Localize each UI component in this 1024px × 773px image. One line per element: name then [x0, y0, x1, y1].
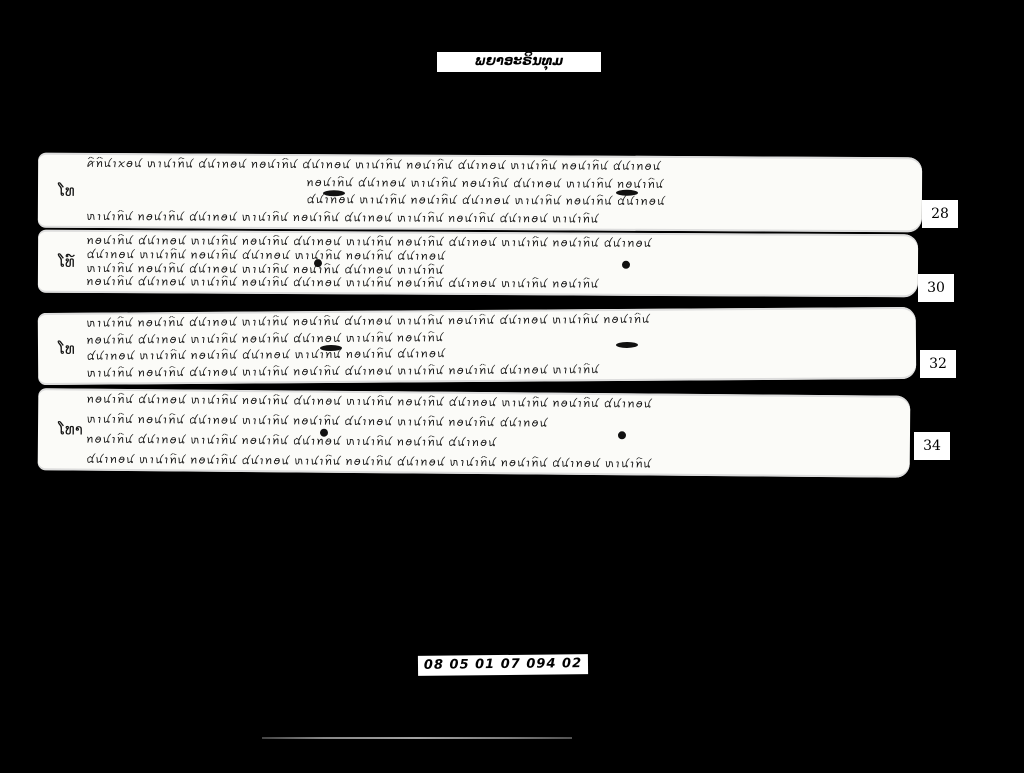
leaf-side-mark: ໂທ໌	[58, 252, 75, 270]
page-number-label: 32	[920, 350, 956, 378]
binding-hole-icon	[323, 190, 345, 196]
title-label: ພຍາອະຣິນທຸມ	[437, 52, 601, 72]
palm-leaf-3: ໂທ ꪬꪱꪙꪱꪀꪲꪙ ꪀꪮꪙꪱꪀꪲꪙ ꪠꪙꪱꪀꪮꪙ ꪬꪱꪙꪱꪀꪲꪙ ꪀꪮꪙꪱꪀꪲ…	[38, 307, 916, 385]
text-line: ꪬꪱꪙꪱꪀꪲꪙ ꪀꪮꪙꪱꪀꪲꪙ ꪠꪙꪱꪀꪮꪙ ꪬꪱꪙꪱꪀꪲꪙ ꪀꪮꪙꪱꪀꪲꪙ ꪠ…	[86, 413, 898, 434]
text-line: ꪠꪙꪱꪀꪮꪙ ꪬꪱꪙꪱꪀꪲꪙ ꪀꪮꪙꪱꪀꪲꪙ ꪠꪙꪱꪀꪮꪙ ꪬꪱꪙꪱꪀꪲꪙ ꪀꪮ…	[86, 192, 910, 210]
leaf-text-block: ꪀꪮꪙꪱꪀꪲꪙ ꪠꪙꪱꪀꪮꪙ ꪬꪱꪙꪱꪀꪲꪙ ꪀꪮꪙꪱꪀꪲꪙ ꪠꪙꪱꪀꪮꪙ ꪬꪱ…	[86, 393, 899, 474]
scan-edge-line	[262, 737, 572, 739]
leaf-side-mark: ໂທ	[58, 340, 75, 358]
binding-hole-icon	[622, 261, 630, 269]
leaf-text-block: ꪁꪲꪀꪲꪙꪱꪎꪮꪙ ꪬꪱꪙꪱꪀꪲꪙ ꪠꪙꪱꪀꪮꪙ ꪀꪮꪙꪱꪀꪲꪙ ꪠꪙꪱꪀꪮꪙ …	[86, 157, 910, 228]
text-line: ꪬꪱꪙꪱꪀꪲꪙ ꪀꪮꪙꪱꪀꪲꪙ ꪠꪙꪱꪀꪮꪙ ꪬꪱꪙꪱꪀꪲꪙ ꪀꪮꪙꪱꪀꪲꪙ ꪠ…	[86, 210, 910, 228]
leaf-side-mark: ໂທ	[58, 181, 75, 199]
palm-leaf-2: ໂທ໌ ꪀꪮꪙꪱꪀꪲꪙ ꪠꪙꪱꪀꪮꪙ ꪬꪱꪙꪱꪀꪲꪙ ꪀꪮꪙꪱꪀꪲꪙ ꪠꪙꪱꪀꪮ…	[38, 230, 918, 298]
binding-hole-icon	[320, 429, 328, 437]
text-line: ꪀꪮꪙꪱꪀꪲꪙ ꪠꪙꪱꪀꪮꪙ ꪬꪱꪙꪱꪀꪲꪙ ꪀꪮꪙꪱꪀꪲꪙ ꪠꪙꪱꪀꪮꪙ ꪬꪱ…	[86, 433, 898, 454]
text-line: ꪁꪲꪀꪲꪙꪱꪎꪮꪙ ꪬꪱꪙꪱꪀꪲꪙ ꪠꪙꪱꪀꪮꪙ ꪀꪮꪙꪱꪀꪲꪙ ꪠꪙꪱꪀꪮꪙ …	[86, 157, 910, 175]
leaf-text-block: ꪬꪱꪙꪱꪀꪲꪙ ꪀꪮꪙꪱꪀꪲꪙ ꪠꪙꪱꪀꪮꪙ ꪬꪱꪙꪱꪀꪲꪙ ꪀꪮꪙꪱꪀꪲꪙ ꪠ…	[86, 311, 904, 381]
text-line: ꪀꪮꪙꪱꪀꪲꪙ ꪠꪙꪱꪀꪮꪙ ꪬꪱꪙꪱꪀꪲꪙ ꪀꪮꪙꪱꪀꪲꪙ ꪠꪙꪱꪀꪮꪙ ꪬꪱ…	[86, 393, 898, 414]
text-line: ꪀꪮꪙꪱꪀꪲꪙ ꪠꪙꪱꪀꪮꪙ ꪬꪱꪙꪱꪀꪲꪙ ꪀꪮꪙꪱꪀꪲꪙ ꪠꪙꪱꪀꪮꪙ ꪬꪱ…	[86, 175, 910, 193]
palm-leaf-1: ໂທ ꪁꪲꪀꪲꪙꪱꪎꪮꪙ ꪬꪱꪙꪱꪀꪲꪙ ꪠꪙꪱꪀꪮꪙ ꪀꪮꪙꪱꪀꪲꪙ ꪠꪙꪱꪀ…	[38, 153, 922, 233]
text-line: ꪬꪱꪙꪱꪀꪲꪙ ꪀꪮꪙꪱꪀꪲꪙ ꪠꪙꪱꪀꪮꪙ ꪬꪱꪙꪱꪀꪲꪙ ꪀꪮꪙꪱꪀꪲꪙ ꪠ…	[86, 361, 904, 381]
binding-hole-icon	[618, 431, 626, 439]
page-number-label: 28	[922, 200, 958, 228]
text-line: ꪀꪮꪙꪱꪀꪲꪙ ꪠꪙꪱꪀꪮꪙ ꪬꪱꪙꪱꪀꪲꪙ ꪀꪮꪙꪱꪀꪲꪙ ꪠꪙꪱꪀꪮꪙ ꪬꪱ…	[86, 275, 906, 293]
leaf-side-mark: ໂທາ	[58, 420, 83, 438]
binding-hole-icon	[616, 190, 638, 196]
catalog-code-label: 08 05 01 07 094 02	[418, 654, 588, 676]
page-number-label: 34	[914, 432, 950, 460]
binding-hole-icon	[314, 259, 322, 267]
page-number-label: 30	[918, 274, 954, 302]
palm-leaf-4: ໂທາ ꪀꪮꪙꪱꪀꪲꪙ ꪠꪙꪱꪀꪮꪙ ꪬꪱꪙꪱꪀꪲꪙ ꪀꪮꪙꪱꪀꪲꪙ ꪠꪙꪱꪀꪮ…	[38, 388, 911, 478]
text-line: ꪠꪙꪱꪀꪮꪙ ꪬꪱꪙꪱꪀꪲꪙ ꪀꪮꪙꪱꪀꪲꪙ ꪠꪙꪱꪀꪮꪙ ꪬꪱꪙꪱꪀꪲꪙ ꪀꪮ…	[86, 453, 898, 474]
leaf-text-block: ꪀꪮꪙꪱꪀꪲꪙ ꪠꪙꪱꪀꪮꪙ ꪬꪱꪙꪱꪀꪲꪙ ꪀꪮꪙꪱꪀꪲꪙ ꪠꪙꪱꪀꪮꪙ ꪬꪱ…	[86, 234, 906, 293]
